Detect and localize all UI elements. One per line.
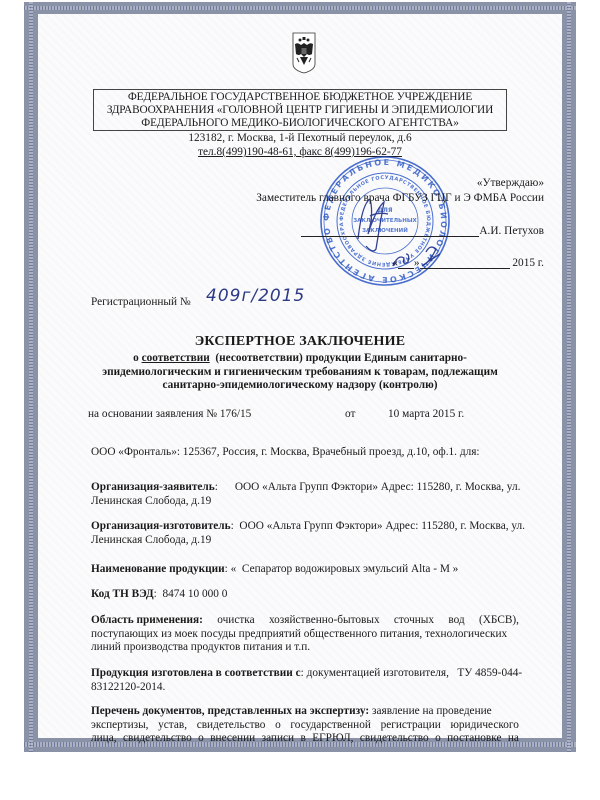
scope-line-2: поступающих из моек посуды предприятий о…: [91, 628, 519, 642]
document-word: экспертизы,: [91, 719, 149, 733]
approval-date-line: «» 2015 г.: [392, 257, 544, 269]
document-word: о: [275, 719, 281, 733]
scope-label: Область применения:: [91, 614, 203, 628]
header-line-1: ФЕДЕРАЛЬНОЕ ГОСУДАРСТВЕННОЕ БЮДЖЕТНОЕ УЧ…: [94, 91, 506, 104]
document-word: свидетельство: [360, 732, 429, 746]
document-word: постановке: [447, 732, 501, 746]
scope-word: хозяйственно-бытовых: [269, 614, 380, 628]
document-title: ЭКСПЕРТНОЕ ЗАКЛЮЧЕНИЕ: [0, 334, 600, 350]
approver-signature-line: А.И. Петухов: [301, 225, 544, 237]
document-word: о: [198, 732, 204, 746]
applicant-value-2: Ленинская Слобода, д.19: [91, 495, 519, 509]
scope-line-3: линий производства продуктов питания и т…: [91, 641, 519, 655]
applicant-label: Организация-заявитель: [91, 481, 215, 493]
application-from-label: от: [345, 408, 355, 420]
subtitle-line-1-rest: (несоответствии) продукции Единым санита…: [210, 352, 467, 364]
registration-number-handwritten: 409г/2015: [206, 286, 305, 306]
month-blank: [420, 258, 510, 269]
document-word: свидетельство: [123, 732, 192, 746]
subtitle-line-1: о соответствии (несоответствии) продукци…: [60, 352, 540, 366]
applicant-value-1: ООО «Альта Групп Фэктори» Адрес: 115280,…: [235, 481, 521, 493]
organization-address: 123182, г. Москва, 1-й Пехотный переулок…: [0, 132, 600, 144]
scope-word: (ХБСВ),: [479, 614, 519, 628]
scope-word: очистка: [217, 614, 254, 628]
organization-contacts: тел.8(499)190-48-61, факс 8(499)196-62-7…: [0, 146, 600, 158]
document-word: юридического: [450, 719, 518, 733]
product-value: « Сепаратор водожировых эмульсий Alta - …: [231, 563, 459, 575]
scope-word: вод: [448, 614, 464, 628]
scope-line-1: Область применения: очистка хозяйственно…: [91, 614, 519, 628]
approver-name: А.И. Петухов: [479, 225, 544, 237]
code-section: Код ТН ВЭД: 8474 10 000 0: [91, 588, 519, 602]
documents-line-2: экспертизы,устав,свидетельствоогосударст…: [91, 719, 519, 733]
manufacturer-value-1: ООО «Альта Групп Фэктори» Адрес: 115280,…: [239, 520, 525, 532]
organization-header: ФЕДЕРАЛЬНОЕ ГОСУДАРСТВЕННОЕ БЮДЖЕТНОЕ УЧ…: [93, 89, 507, 131]
document-subtitle: о соответствии (несоответствии) продукци…: [60, 352, 540, 393]
approver-position: Заместитель главного врача ФГБУЗ ГЦГ и Э…: [256, 192, 544, 204]
scope-word: сточных: [394, 614, 434, 628]
registration-number-label: Регистрационный №: [91, 296, 191, 308]
document-word: устав,: [158, 719, 187, 733]
application-date: 10 марта 2015 г.: [388, 408, 464, 420]
document-word: государственной: [290, 719, 371, 733]
scope-section: Область применения: очистка хозяйственно…: [91, 614, 519, 655]
day-blank: [398, 258, 414, 269]
application-basis: на основании заявления № 176/15: [88, 408, 251, 420]
documents-label: Перечень документов, представленных на э…: [91, 705, 369, 717]
document-word: о: [435, 732, 441, 746]
compliance-value-1: документацией изготовителя, ТУ 4859-044-: [307, 667, 523, 679]
header-line-2: ЗДРАВООХРАНЕНИЯ «ГОЛОВНОЙ ЦЕНТР ГИГИЕНЫ …: [94, 104, 506, 117]
document-word: ЕГРЮЛ,: [312, 732, 353, 746]
manufacturer-label: Организация-изготовитель: [91, 520, 231, 532]
documents-line-3: лица,свидетельствоовнесениизаписивЕГРЮЛ,…: [91, 732, 519, 746]
document-word: внесении: [210, 732, 255, 746]
code-label: Код ТН ВЭД: [91, 588, 154, 600]
document-word: свидетельство: [197, 719, 266, 733]
product-label: Наименование продукции: [91, 563, 225, 575]
manufacturer-section: Организация-изготовитель: ООО «Альта Гру…: [91, 520, 519, 547]
document-word: в: [301, 732, 306, 746]
manufacturer-value-2: Ленинская Слобода, д.19: [91, 534, 519, 548]
documents-value-1: заявление на проведение: [372, 705, 492, 717]
product-section: Наименование продукции: « Сепаратор водо…: [91, 563, 519, 577]
document-word: на: [508, 732, 519, 746]
subtitle-prefix: о: [133, 352, 141, 364]
document-word: записи: [262, 732, 294, 746]
compliance-basis-section: Продукция изготовлена в соответствии с: …: [91, 667, 519, 694]
subtitle-underlined: соответствии: [142, 352, 210, 364]
document-word: лица,: [91, 732, 117, 746]
frontal-text: ООО «Фронталь»: 125367, Россия, г. Москв…: [91, 446, 519, 460]
subtitle-line-3: санитарно-эпидемиологическому надзору (к…: [60, 379, 540, 393]
code-value: 8474 10 000 0: [162, 588, 227, 600]
header-line-3: ФЕДЕРАЛЬНОГО МЕДИКО-БИОЛОГИЧЕСКОГО АГЕНТ…: [94, 117, 506, 130]
applicant-section: Организация-заявитель: ООО «Альта Групп …: [91, 481, 519, 508]
document-word: регистрации: [381, 719, 441, 733]
approval-year: 2015 г.: [512, 257, 544, 269]
frontal-organization: ООО «Фронталь»: 125367, Россия, г. Москв…: [91, 446, 519, 460]
russian-coat-of-arms-icon: [292, 32, 316, 74]
compliance-label: Продукция изготовлена в соответствии с: [91, 667, 301, 679]
documents-section: Перечень документов, представленных на э…: [91, 705, 519, 746]
compliance-value-2: 83122120-2014.: [91, 681, 519, 695]
subtitle-line-2: эпидемиологическим и гигиеническим требо…: [60, 366, 540, 380]
signature-underline: [301, 226, 479, 237]
approval-label: «Утверждаю»: [477, 177, 544, 189]
